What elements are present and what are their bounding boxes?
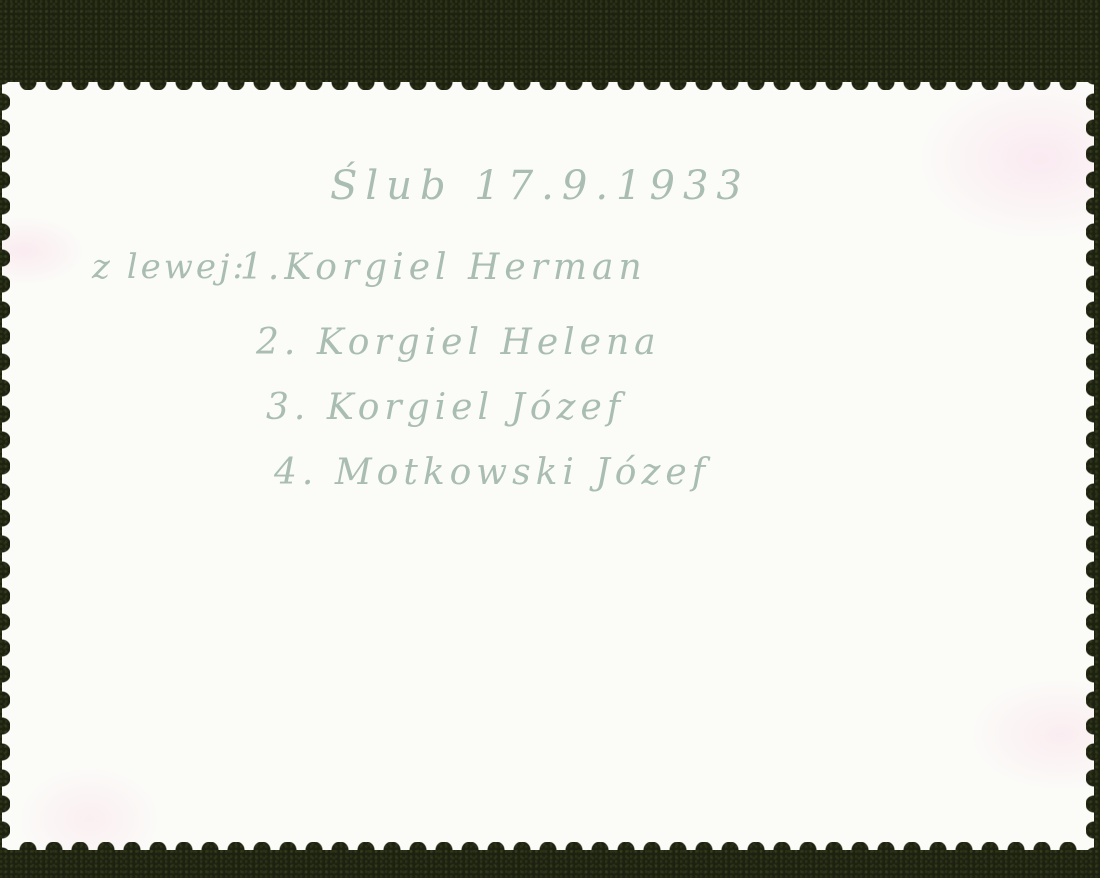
- inscription-title: Ślub 17.9.1933: [330, 166, 750, 206]
- person-number: 2.: [256, 322, 300, 363]
- person-1: 1.Korgiel Herman: [240, 250, 647, 286]
- person-name: Motkowski Józef: [335, 452, 710, 493]
- person-number: 1.: [240, 247, 284, 288]
- person-name: Korgiel Józef: [327, 387, 625, 428]
- person-number: 3.: [266, 387, 310, 428]
- person-3: 3. Korgiel Józef: [266, 390, 625, 426]
- person-name: Korgiel Helena: [317, 322, 661, 363]
- person-2: 2. Korgiel Helena: [256, 325, 661, 361]
- person-name: Korgiel Herman: [284, 247, 646, 288]
- caption-label: z lewej:: [92, 250, 247, 284]
- person-4: 4. Motkowski Józef: [274, 455, 710, 491]
- person-number: 4.: [274, 452, 318, 493]
